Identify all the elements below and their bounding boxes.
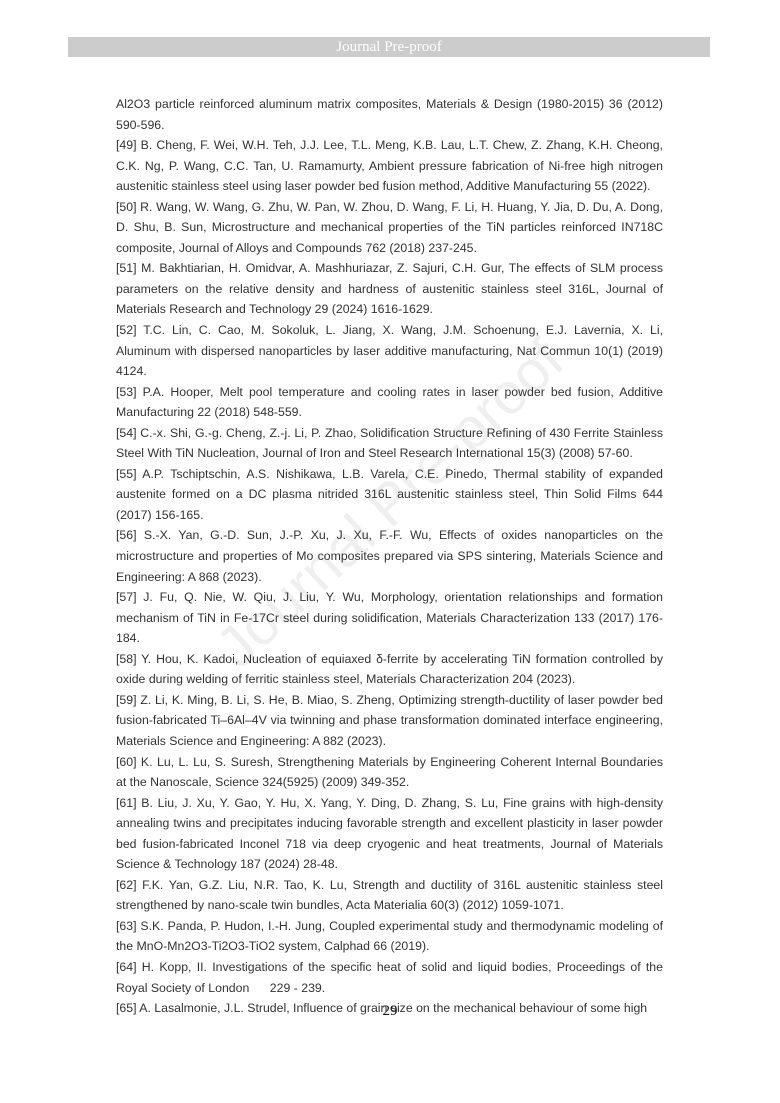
reference-58: [58] Y. Hou, K. Kadoi, Nucleation of equ… [116,649,663,690]
journal-preproof-header: Journal Pre-proof [68,37,710,57]
reference-53: [53] P.A. Hooper, Melt pool temperature … [116,382,663,423]
reference-63: [63] S.K. Panda, P. Hudon, I.-H. Jung, C… [116,916,663,957]
reference-60: [60] K. Lu, L. Lu, S. Suresh, Strengthen… [116,752,663,793]
reference-48-continued: Al2O3 particle reinforced aluminum matri… [116,94,663,135]
reference-51: [51] M. Bakhtiarian, H. Omidvar, A. Mash… [116,258,663,320]
reference-59: [59] Z. Li, K. Ming, B. Li, S. He, B. Mi… [116,690,663,752]
reference-52: [52] T.C. Lin, C. Cao, M. Sokoluk, L. Ji… [116,320,663,382]
reference-54: [54] C.-x. Shi, G.-g. Cheng, Z.-j. Li, P… [116,423,663,464]
reference-55: [55] A.P. Tschiptschin, A.S. Nishikawa, … [116,464,663,526]
reference-62: [62] F.K. Yan, G.Z. Liu, N.R. Tao, K. Lu… [116,875,663,916]
header-title: Journal Pre-proof [336,39,441,55]
reference-49: [49] B. Cheng, F. Wei, W.H. Teh, J.J. Le… [116,135,663,197]
page-number: 29 [0,1003,780,1020]
reference-64: [64] H. Kopp, II. Investigations of the … [116,957,663,998]
reference-57: [57] J. Fu, Q. Nie, W. Qiu, J. Liu, Y. W… [116,587,663,649]
reference-list: Al2O3 particle reinforced aluminum matri… [116,94,663,1019]
reference-56: [56] S.-X. Yan, G.-D. Sun, J.-P. Xu, J. … [116,525,663,587]
reference-50: [50] R. Wang, W. Wang, G. Zhu, W. Pan, W… [116,197,663,259]
reference-61: [61] B. Liu, J. Xu, Y. Gao, Y. Hu, X. Ya… [116,793,663,875]
